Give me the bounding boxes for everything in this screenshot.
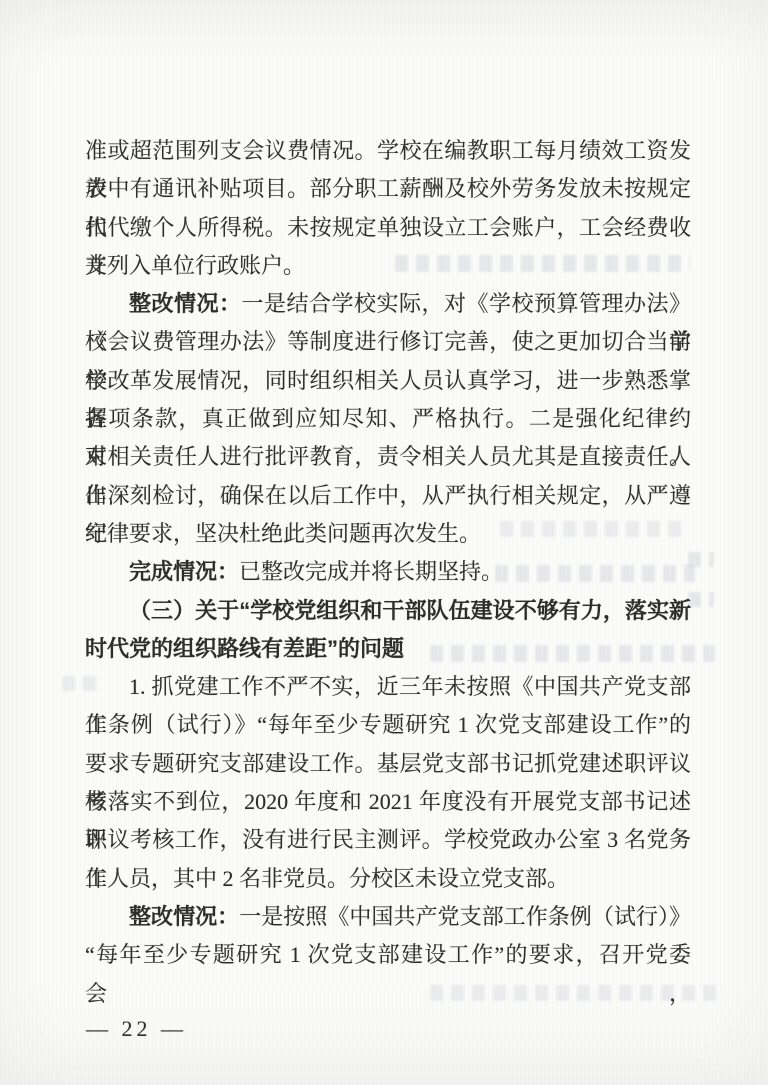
text-line: 准或超范围列支会议费情况。学校在编教职工每月绩效工资发放 <box>85 132 691 170</box>
text-line: 出深刻检讨，确保在以后工作中，从严执行相关规定，从严遵守 <box>85 477 691 515</box>
text-line: 各项条款，真正做到应知尽知、严格执行。二是强化纪律约束。 <box>85 400 691 438</box>
bold-label: 时代党的组织路线有差距”的问题 <box>85 636 404 661</box>
text-line: 扣代缴个人所得税。未按规定单独设立工会账户，工会经费收支 <box>85 209 691 247</box>
text-line: 完成情况：已整改完成并将长期坚持。 <box>85 553 691 591</box>
text-run: 已整改完成并将长期坚持。 <box>239 559 503 584</box>
page-number: — 22 — <box>86 1016 187 1042</box>
text-line: “每年至少专题研究 1 次党支部建设工作”的要求，召开党委会， <box>85 936 691 974</box>
text-run: 并列入单位行政账户。 <box>85 253 305 278</box>
document-body: 准或超范围列支会议费情况。学校在编教职工每月绩效工资发放表中有通讯补贴项目。部分… <box>85 132 691 975</box>
text-line: 1. 抓党建工作不严不实，近三年未按照《中国共产党支部工 <box>85 668 691 706</box>
text-run: 作条例（试行）》“每年至少专题研究 1 次党支部建设工作”的 <box>85 712 691 737</box>
text-line: 作条例（试行）》“每年至少专题研究 1 次党支部建设工作”的 <box>85 706 691 744</box>
text-line: 纪律要求，坚决杜绝此类问题再次发生。 <box>85 515 691 553</box>
text-line: 评议考核工作，没有进行民主测评。学校党政办公室 3 名党务工 <box>85 821 691 859</box>
text-line: 作人员，其中 2 名非党员。分校区未设立党支部。 <box>85 860 691 898</box>
text-run: 纪律要求，坚决杜绝此类问题再次发生。 <box>85 521 481 546</box>
text-run: “每年至少专题研究 1 次党支部建设工作”的要求，召开党委会， <box>85 942 691 1005</box>
text-line: 核落实不到位，2020 年度和 2021 年度没有开展党支部书记述职 <box>85 783 691 821</box>
bold-label: 完成情况： <box>129 559 239 584</box>
bold-label: 整改情况： <box>129 904 239 929</box>
text-line: 时代党的组织路线有差距”的问题 <box>85 630 691 668</box>
text-line: 表中有通讯补贴项目。部分职工薪酬及校外劳务发放未按规定代 <box>85 170 691 208</box>
bold-label: 整改情况： <box>129 291 242 316</box>
text-line: 整改情况：一是结合学校实际，对《学校预算管理办法》《学 <box>85 285 691 323</box>
text-line: 整改情况：一是按照《中国共产党支部工作条例（试行）》 <box>85 898 691 936</box>
scanned-document-page: 准或超范围列支会议费情况。学校在编教职工每月绩效工资发放表中有通讯补贴项目。部分… <box>0 0 768 1085</box>
ink-bleed-artifact <box>688 552 714 567</box>
text-line: （三）关于“学校党组织和干部队伍建设不够有力，落实新 <box>85 592 691 630</box>
text-line: 要求专题研究支部建设工作。基层党支部书记抓党建述职评议考 <box>85 745 691 783</box>
text-run: 一是按照《中国共产党支部工作条例（试行）》 <box>239 904 691 929</box>
ink-bleed-artifact <box>688 592 714 607</box>
text-run: 作人员，其中 2 名非党员。分校区未设立党支部。 <box>85 866 569 891</box>
text-line: 对相关责任人进行批评教育，责令相关人员尤其是直接责任人作 <box>85 438 691 476</box>
bold-label: （三）关于“学校党组织和干部队伍建设不够有力，落实新 <box>129 598 691 623</box>
text-line: 校会议费管理办法》等制度进行修订完善，使之更加切合当前学 <box>85 323 691 361</box>
text-line: 并列入单位行政账户。 <box>85 247 691 285</box>
text-line: 校改革发展情况，同时组织相关人员认真学习，进一步熟悉掌握 <box>85 362 691 400</box>
